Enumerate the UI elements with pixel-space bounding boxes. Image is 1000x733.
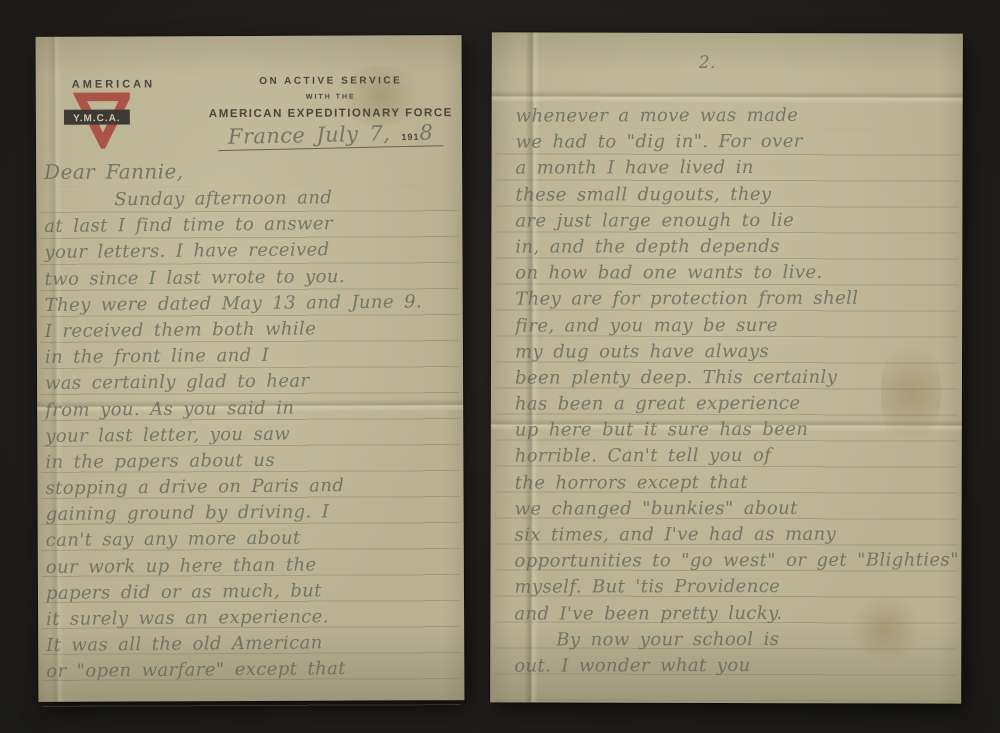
handwritten-line: papers did or as much, but bbox=[46, 577, 460, 607]
handwritten-line: six times, and I've had as many bbox=[515, 521, 958, 548]
handwritten-line: your last letter, you saw bbox=[45, 420, 459, 450]
handwritten-line: whenever a move was made bbox=[516, 102, 959, 129]
page1-body: Dear Fannie, Sunday afternoon and at las… bbox=[44, 155, 460, 684]
handwritten-line: up here but it sure has been bbox=[515, 417, 958, 444]
handwritten-line: the horrors except that bbox=[515, 469, 958, 496]
handwritten-line: in, and the depth depends bbox=[515, 233, 958, 260]
ymca-triangle-icon: Y.M.C.A. bbox=[64, 93, 130, 154]
aef-line: AMERICAN EXPEDITIONARY FORCE bbox=[191, 107, 471, 120]
handwritten-year-digit: 8 bbox=[420, 120, 434, 144]
handwritten-line: two since I last wrote to you. bbox=[44, 263, 458, 293]
handwritten-line: myself. But 'tis Providence bbox=[514, 574, 957, 601]
handwritten-line: opportunities to "go west" or get "Bligh… bbox=[514, 548, 957, 575]
printed-year-prefix: 191 bbox=[402, 132, 420, 142]
handwritten-line: I received them both while bbox=[45, 315, 459, 345]
with-the-line: WITH THE bbox=[191, 93, 471, 101]
handwritten-line: we had to "dig in". For over bbox=[516, 129, 959, 156]
handwritten-line: on how bad one wants to live. bbox=[515, 260, 958, 287]
handwritten-line: was certainly glad to hear bbox=[45, 367, 459, 397]
handwritten-line: and I've been pretty lucky. bbox=[514, 600, 957, 627]
dateline: France July 7, 1918 bbox=[191, 122, 471, 149]
handwritten-line: fire, and you may be sure bbox=[515, 312, 958, 339]
handwritten-line: a month I have lived in bbox=[515, 155, 958, 182]
salutation: Dear Fannie, bbox=[44, 155, 458, 187]
letterhead-service-block: ON ACTIVE SERVICE WITH THE AMERICAN EXPE… bbox=[191, 75, 471, 149]
letter-page-2: 2. whenever a move was made we had to "d… bbox=[490, 32, 963, 703]
handwritten-line: our work up here than the bbox=[46, 551, 460, 581]
ymca-label: Y.M.C.A. bbox=[73, 113, 121, 124]
handwritten-line: out. I wonder what you bbox=[514, 652, 957, 679]
on-active-service-line: ON ACTIVE SERVICE bbox=[191, 75, 471, 87]
handwritten-line: By now your school is bbox=[514, 626, 957, 653]
handwritten-line: been plenty deep. This certainly bbox=[515, 364, 958, 391]
handwritten-line: these small dugouts, they bbox=[515, 181, 958, 208]
handwritten-line: They were dated May 13 and June 9. bbox=[45, 289, 459, 319]
handwritten-line: we changed "bunkies" about bbox=[515, 495, 958, 522]
handwritten-line: horrible. Can't tell you of bbox=[515, 443, 958, 470]
handwritten-line: your letters. I have received bbox=[44, 236, 458, 266]
handwritten-line: from you. As you said in bbox=[45, 394, 459, 424]
handwritten-line: my dug outs have always bbox=[515, 338, 958, 365]
handwritten-line: can't say any more about bbox=[46, 524, 460, 554]
handwritten-line: They are for protection from shell bbox=[515, 286, 958, 313]
letter-page-1: AMERICAN Y.M.C.A. ON ACTIVE SERVICE WITH… bbox=[36, 35, 465, 702]
page-number: 2. bbox=[492, 52, 923, 73]
page2-body: whenever a move was made we had to "dig … bbox=[514, 102, 959, 679]
handwritten-line: in the papers about us bbox=[45, 446, 459, 476]
handwritten-line: or "open warfare" except that bbox=[46, 655, 460, 685]
handwritten-line: are just large enough to lie bbox=[515, 207, 958, 234]
ymca-american-label: AMERICAN bbox=[72, 78, 155, 90]
letter-scan-scene: AMERICAN Y.M.C.A. ON ACTIVE SERVICE WITH… bbox=[0, 0, 1000, 733]
dateline-handwritten: France July 7, bbox=[228, 121, 391, 149]
handwritten-line: has been a great experience bbox=[515, 391, 958, 418]
